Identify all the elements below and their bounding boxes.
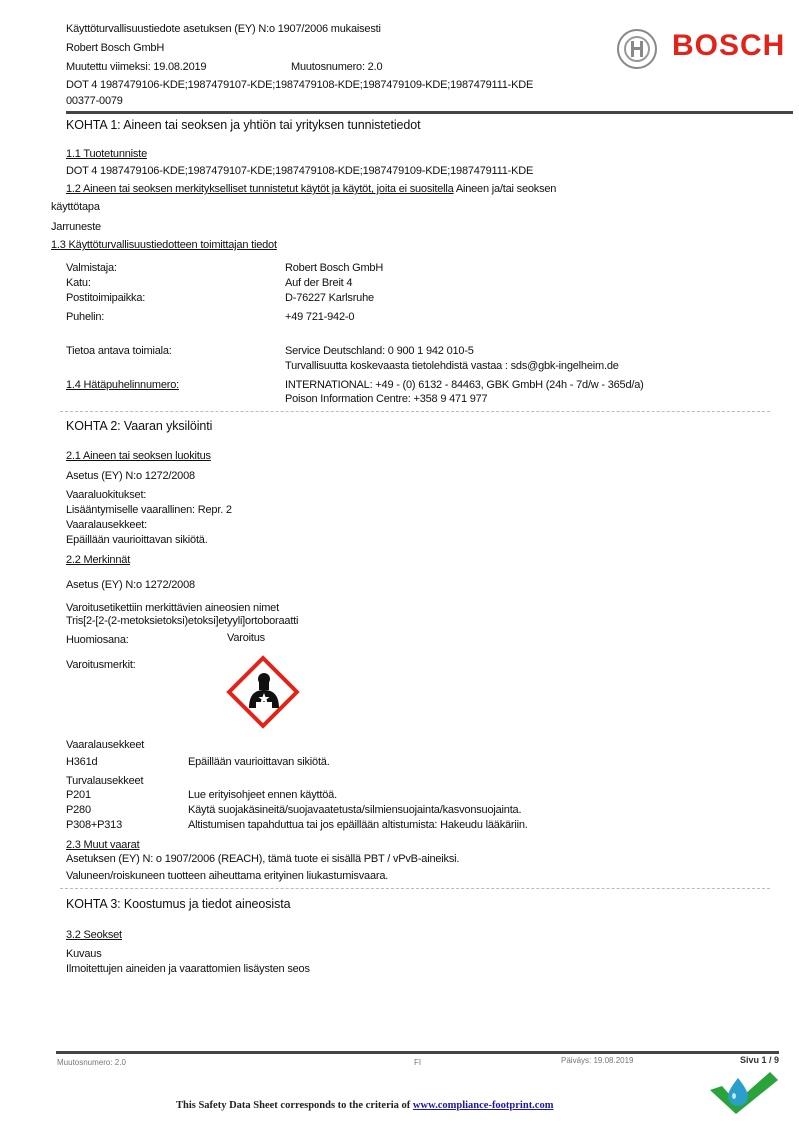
signal-word-value: Varoitus (227, 631, 265, 645)
supplier-label-manufacturer: Valmistaja: (66, 261, 117, 275)
product-codes: DOT 4 1987479106-KDE;1987479107-KDE;1987… (66, 78, 533, 92)
subsection-1-4-heading: 1.4 Hätäpuhelinnumero: (66, 378, 179, 392)
components-label: Varoitusetikettiin merkittävien aineosie… (66, 601, 279, 615)
compliance-link[interactable]: www.compliance-footprint.com (413, 1100, 554, 1111)
signal-word-label: Huomiosana: (66, 633, 129, 647)
precaution-code-p280: P280 (66, 803, 91, 817)
classification-regulation: Asetus (EY) N:o 1272/2008 (66, 469, 195, 483)
header-divider (66, 111, 793, 114)
compliance-checkmark-drop-icon (708, 1068, 780, 1116)
supplier-value-manufacturer: Robert Bosch GmbH (285, 261, 383, 275)
emergency-phone-line2: Poison Information Centre: +358 9 471 97… (285, 392, 487, 406)
other-hazards-line2: Valuneen/roiskuneen tuotteen aiheuttama … (66, 869, 388, 883)
product-identifier: DOT 4 1987479106-KDE;1987479107-KDE;1987… (66, 164, 533, 178)
precaution-text-p201: Lue erityisohjeet ennen käyttöä. (188, 788, 337, 802)
section-1-title: KOHTA 1: Aineen tai seoksen ja yhtiön ta… (66, 118, 420, 132)
subsection-1-1-heading: 1.1 Tuotetunniste (66, 147, 147, 161)
components-value: Tris[2-[2-(2-metoksietoksi)etoksi]etyyli… (66, 614, 298, 628)
footer-revision: Muutosnumero: 2.0 (57, 1058, 126, 1067)
supplier-label-city: Postitoimipaikka: (66, 291, 145, 305)
subsection-1-2-heading: 1.2 Aineen tai seoksen merkitykselliset … (66, 183, 454, 195)
subsection-2-1-heading: 2.1 Aineen tai seoksen luokitus (66, 449, 211, 463)
subsection-1-3-heading: 1.3 Käyttöturvallisuustiedotteen toimitt… (51, 238, 277, 252)
precaution-code-p308-p313: P308+P313 (66, 818, 122, 832)
subsection-3-2-heading: 3.2 Seokset (66, 928, 122, 942)
supplier-value-city: D-76227 Karlsruhe (285, 291, 374, 305)
hazard-text-h361d: Epäillään vaurioittavan sikiötä. (188, 755, 330, 769)
hazard-classes-label: Vaaraluokitukset: (66, 488, 146, 502)
company-name: Robert Bosch GmbH (66, 41, 164, 55)
use-label-cont: käyttötapa (51, 200, 100, 214)
precaution-statements-heading: Turvalausekkeet (66, 774, 143, 788)
supplier-value-phone: +49 721-942-0 (285, 310, 354, 324)
product-code-suffix: 00377-0079 (66, 94, 123, 108)
footer-divider (56, 1051, 779, 1054)
mixture-description-value: Ilmoitettujen aineiden ja vaarattomien l… (66, 962, 310, 976)
subsection-2-2-heading: 2.2 Merkinnät (66, 553, 130, 567)
hazard-code-h361d: H361d (66, 755, 97, 769)
supplier-value-street: Auf der Breit 4 (285, 276, 352, 290)
mixture-description-label: Kuvaus (66, 947, 102, 961)
footer-date: Päiväys: 19.08.2019 (561, 1056, 634, 1065)
hazard-statements-value: Epäillään vaurioittavan sikiötä. (66, 533, 208, 547)
use-label: Aineen ja/tai seoksen (456, 183, 556, 195)
precaution-text-p280: Käytä suojakäsineitä/suojavaatetusta/sil… (188, 803, 521, 817)
revision-number: Muutosnumero: 2.0 (291, 60, 382, 74)
emergency-phone-line1: INTERNATIONAL: +49 - (0) 6132 - 84463, G… (285, 378, 644, 392)
supplier-label-street: Katu: (66, 276, 91, 290)
info-dept-line1: Service Deutschland: 0 900 1 942 010-5 (285, 344, 474, 358)
info-dept-line2: Turvallisuutta koskevaasta tietolehdistä… (285, 359, 619, 373)
section-2-title: KOHTA 2: Vaaran yksilöinti (66, 419, 212, 433)
compliance-text: This Safety Data Sheet corresponds to th… (176, 1100, 410, 1111)
compliance-statement: This Safety Data Sheet corresponds to th… (176, 1100, 553, 1111)
labelling-regulation: Asetus (EY) N:o 1272/2008 (66, 578, 195, 592)
subsection-1-2-line: 1.2 Aineen tai seoksen merkitykselliset … (66, 182, 556, 196)
supplier-label-phone: Puhelin: (66, 310, 104, 324)
section-separator (60, 888, 770, 889)
bosch-wordmark: BOSCH (672, 28, 785, 64)
precaution-code-p201: P201 (66, 788, 91, 802)
revised-date: Muutettu viimeksi: 19.08.2019 (66, 60, 206, 74)
hazard-statements-label: Vaaralausekkeet: (66, 518, 147, 532)
hazard-classes-value: Lisääntymiselle vaarallinen: Repr. 2 (66, 503, 232, 517)
pictograms-label: Varoitusmerkit: (66, 658, 136, 672)
precaution-text-p308-p313: Altistumisen tapahduttua tai jos epäillä… (188, 818, 528, 832)
document-title: Käyttöturvallisuustiedote asetuksen (EY)… (66, 22, 381, 36)
bosch-armature-icon (617, 29, 657, 69)
footer-page-number: Sivu 1 / 9 (740, 1055, 779, 1065)
hazard-statements-heading: Vaaralausekkeet (66, 738, 144, 752)
info-dept-label: Tietoa antava toimiala: (66, 344, 172, 358)
use-value: Jarruneste (51, 220, 101, 234)
section-separator (60, 411, 770, 412)
footer-language: FI (414, 1058, 421, 1067)
section-3-title: KOHTA 3: Koostumus ja tiedot aineosista (66, 897, 290, 911)
subsection-2-3-heading: 2.3 Muut vaarat (66, 838, 139, 852)
other-hazards-line1: Asetuksen (EY) N: o 1907/2006 (REACH), t… (66, 852, 459, 866)
